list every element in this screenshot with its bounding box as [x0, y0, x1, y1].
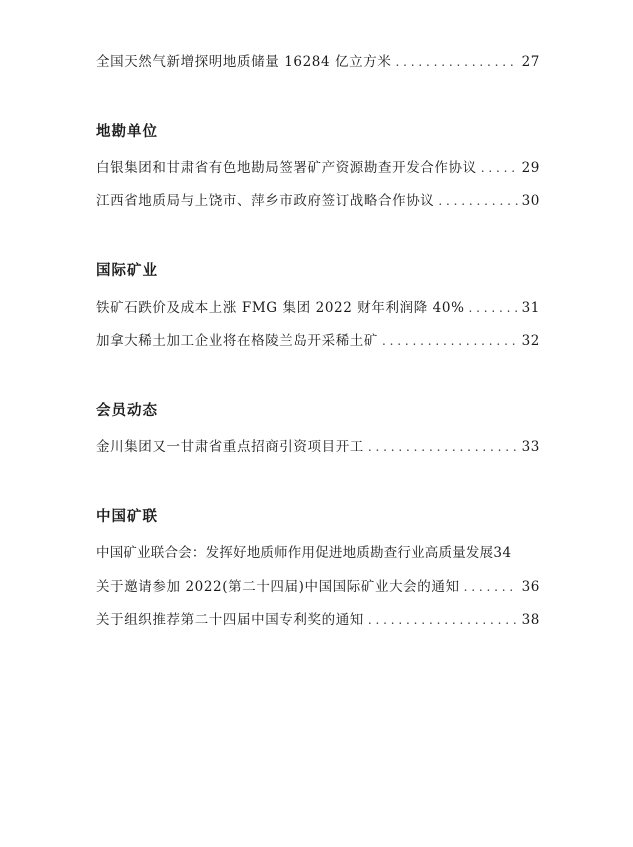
- toc-entry-page: 27: [522, 51, 540, 73]
- toc-entry-title: 全国天然气新增探明地质储量 16284 亿立方米: [96, 51, 391, 73]
- leader-dots: [464, 576, 518, 598]
- section-heading: 中国矿联: [96, 505, 158, 526]
- leader-dots: [481, 157, 518, 179]
- toc-entry-title: 铁矿石跌价及成本上涨 FMG 集团 2022 财年利润降 40%: [96, 297, 465, 319]
- leader-dots: [438, 190, 517, 212]
- toc-entry[interactable]: 江西省地质局与上饶市、萍乡市政府签订战略合作协议 30: [96, 190, 540, 212]
- toc-entry[interactable]: 关于邀请参加 2022(第二十四届)中国国际矿业大会的通知 36: [96, 576, 540, 598]
- leader-dots: [395, 51, 517, 73]
- toc-entry-page: 38: [522, 609, 540, 631]
- section-heading: 国际矿业: [96, 259, 158, 280]
- toc-entry-title: 江西省地质局与上饶市、萍乡市政府签订战略合作协议: [96, 190, 434, 212]
- toc-entry[interactable]: 白银集团和甘肃省有色地勘局签署矿产资源勘查开发合作协议 29: [96, 157, 540, 179]
- toc-entry-title: 白银集团和甘肃省有色地勘局签署矿产资源勘查开发合作协议: [96, 157, 477, 179]
- leader-dots: [368, 609, 518, 631]
- toc-entry-title: 关于邀请参加 2022(第二十四届)中国国际矿业大会的通知: [96, 576, 460, 598]
- toc-entry[interactable]: 金川集团又一甘肃省重点招商引资项目开工 33: [96, 436, 540, 458]
- toc-entry-title: 加拿大稀土加工企业将在格陵兰岛开采稀土矿: [96, 330, 378, 352]
- toc-entry-page: 30: [522, 190, 540, 212]
- leader-dots: [382, 330, 518, 352]
- section-heading: 地勘单位: [96, 120, 158, 141]
- toc-entry-title: 金川集团又一甘肃省重点招商引资项目开工: [96, 436, 364, 458]
- leader-dots: [469, 297, 518, 319]
- toc-entry[interactable]: 中国矿业联合会：发挥好地质师作用促进地质勘查行业高质量发展 34: [96, 542, 540, 564]
- leader-dots: [368, 436, 518, 458]
- toc-entry-title: 中国矿业联合会：发挥好地质师作用促进地质勘查行业高质量发展: [96, 542, 493, 564]
- toc-entry[interactable]: 加拿大稀土加工企业将在格陵兰岛开采稀土矿 32: [96, 330, 540, 352]
- toc-entry-page: 33: [522, 436, 540, 458]
- toc-entry[interactable]: 关于组织推荐第二十四届中国专利奖的通知 38: [96, 609, 540, 631]
- toc-entry[interactable]: 铁矿石跌价及成本上涨 FMG 集团 2022 财年利润降 40% 31: [96, 297, 540, 319]
- toc-entry-page: 34: [493, 542, 511, 564]
- toc-entry-page: 36: [522, 576, 540, 598]
- toc-entry-page: 31: [522, 297, 540, 319]
- toc-entry-title: 关于组织推荐第二十四届中国专利奖的通知: [96, 609, 364, 631]
- toc-entry-page: 32: [522, 330, 540, 352]
- toc-entry-page: 29: [522, 157, 540, 179]
- toc-entry[interactable]: 全国天然气新增探明地质储量 16284 亿立方米 27: [96, 51, 540, 73]
- section-heading: 会员动态: [96, 399, 158, 420]
